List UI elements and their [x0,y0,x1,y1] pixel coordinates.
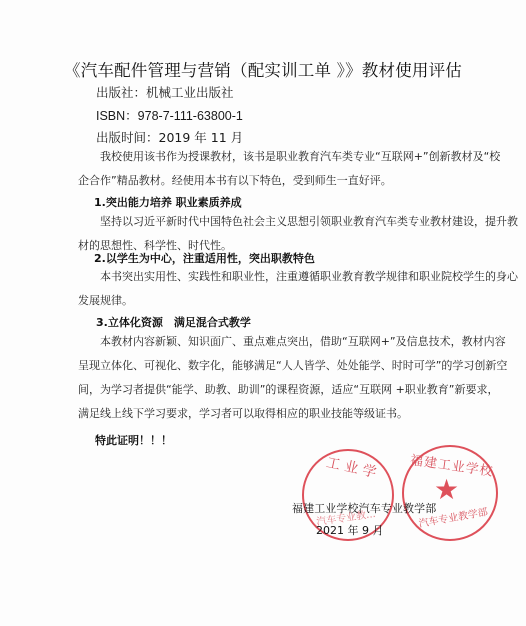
section-1-heading: 1.突出能力培养 职业素质养成 [94,194,242,210]
section-3-line-2: 呈现立体化、可视化、数字化，能够满足“人人皆学、处处能学、时时可学”的学习创新空 [78,354,458,378]
document-title: 《汽车配件管理与营销（配实训工单 》》教材使用评估 [0,57,526,81]
section-2-paragraph: 本书突出实用性、实践性和职业性，注重遵循职业教育教学规律和职业院校学生的身心 发… [78,265,458,313]
star-icon: ★ [434,473,459,506]
section-3-line-1: 本教材内容新颖、知识面广、重点难点突出，借助“互联网+”及信息技术，教材内容 [78,330,458,354]
publisher-line: 出版社：机械工业出版社 [96,83,234,101]
section-3-line-3: 间，为学习者提供“能学、助教、助训”的课程资源，适应“互联网 +职业教育”新要求… [78,378,458,402]
document-page: 《汽车配件管理与营销（配实训工单 》》教材使用评估 出版社：机械工业出版社 IS… [0,0,526,626]
publish-date-line: 出版时间：2019 年 11 月 [96,128,243,146]
signature-department: 福建工业学校汽车专业教学部 [292,500,436,516]
section-2-line-1: 本书突出实用性、实践性和职业性，注重遵循职业教育教学规律和职业院校学生的身心 [78,265,458,289]
signature-date: 2021 年 9 月 [316,522,383,538]
intro-paragraph: 我校使用该书作为授课教材，该书是职业教育汽车类专业“互联网+”创新教材及“校 企… [78,145,438,193]
isbn-line: ISBN：978-7-111-63800-1 [96,106,243,124]
intro-line-1: 我校使用该书作为授课教材，该书是职业教育汽车类专业“互联网+”创新教材及“校 [78,145,438,169]
closing-statement: 特此证明！！！ [95,432,172,448]
section-3-paragraph: 本教材内容新颖、知识面广、重点难点突出，借助“互联网+”及信息技术，教材内容 呈… [78,330,458,426]
section-2-heading: 2.以学生为中心，注重适用性，突出职教特色 [94,250,315,266]
section-1-line-1: 坚持以习近平新时代中国特色社会主义思想引领职业教育汽车类专业教材建设，提升教 [78,210,458,234]
section-2-line-2: 发展规律。 [78,289,458,313]
section-3-line-4: 满足线上线下学习要求，学习者可以取得相应的职业技能等级证书。 [78,402,458,426]
stamp-left-top-text: 工 业 学 [324,452,378,482]
intro-line-2: 企合作”精品教材。经使用本书有以下特色，受到师生一直好评。 [78,169,438,193]
school-stamp-right: 福建工业学校 ★ 汽车专业教学部 [402,445,498,541]
section-3-heading: 3.立体化资源 满足混合式教学 [96,314,251,330]
